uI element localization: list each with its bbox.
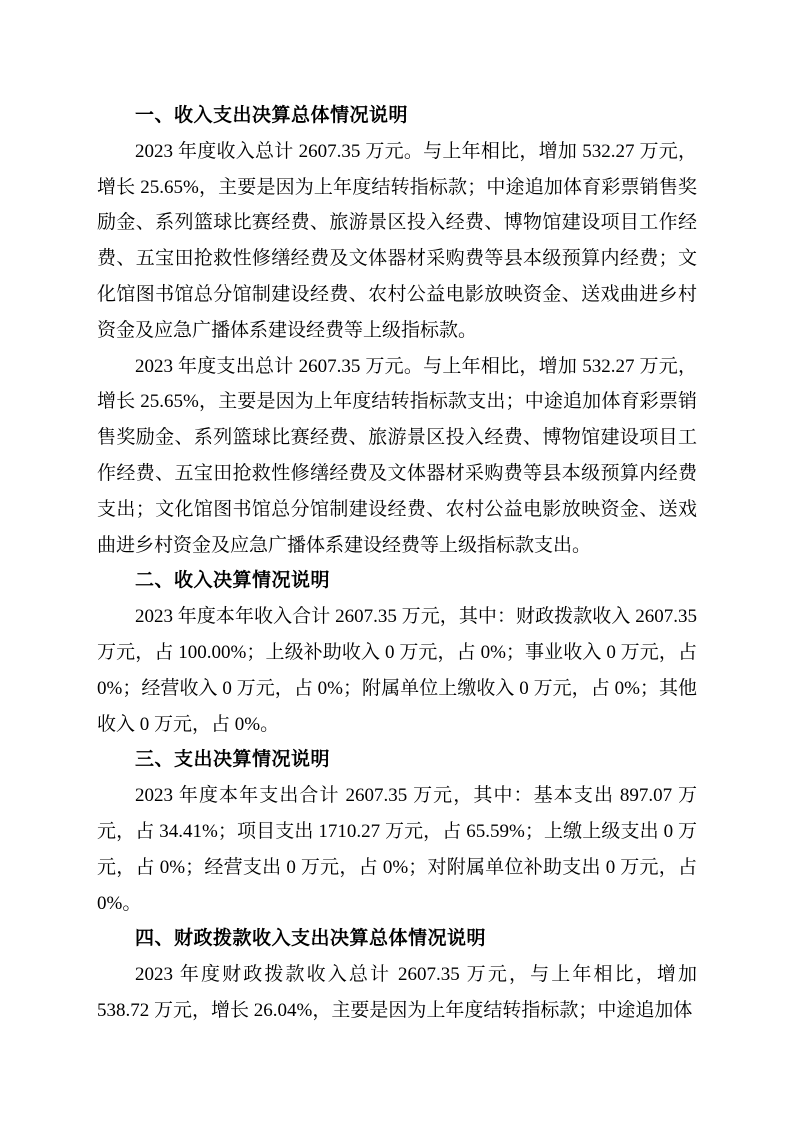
section-3-heading: 三、支出决算情况说明 <box>97 742 697 778</box>
section-1-paragraph-income-total: 2023 年度收入总计 2607.35 万元。与上年相比，增加 532.27 万… <box>97 134 697 349</box>
section-4-heading: 四、财政拨款收入支出决算总体情况说明 <box>97 921 697 957</box>
section-1-paragraph-expenditure-total: 2023 年度支出总计 2607.35 万元。与上年相比，增加 532.27 万… <box>97 349 697 564</box>
document-body: 一、收入支出决算总体情况说明 2023 年度收入总计 2607.35 万元。与上… <box>97 98 697 1029</box>
section-2-heading: 二、收入决算情况说明 <box>97 563 697 599</box>
section-3-paragraph-expenditure-detail: 2023 年度本年支出合计 2607.35 万元，其中：基本支出 897.07 … <box>97 778 697 921</box>
document-page: 一、收入支出决算总体情况说明 2023 年度收入总计 2607.35 万元。与上… <box>0 0 793 1122</box>
section-4-paragraph-fiscal-appropriation: 2023 年度财政拨款收入总计 2607.35 万元，与上年相比，增加 538.… <box>97 957 697 1029</box>
section-2-paragraph-income-detail: 2023 年度本年收入合计 2607.35 万元，其中：财政拨款收入 2607.… <box>97 599 697 742</box>
section-1-heading: 一、收入支出决算总体情况说明 <box>97 98 697 134</box>
